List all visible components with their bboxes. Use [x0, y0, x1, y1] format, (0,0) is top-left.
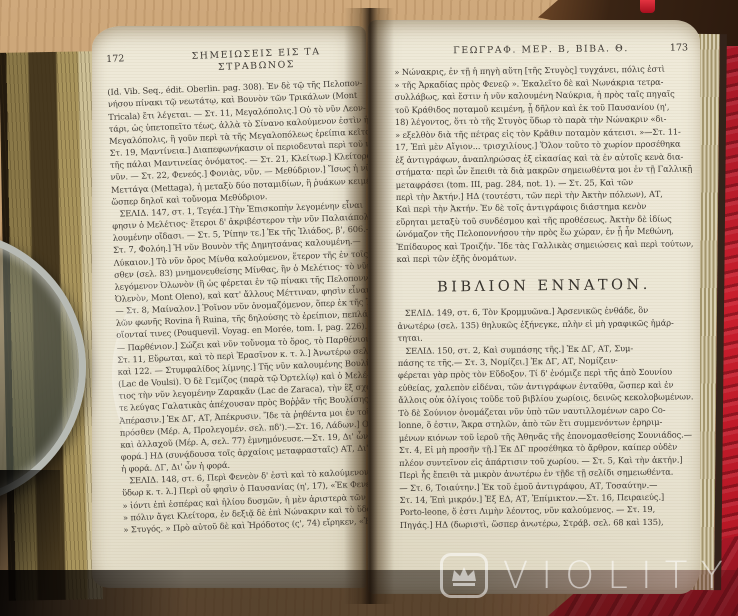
right-running-title: ΓΕΩΓΡΑΦ. ΜΕΡ. Β, ΒΙΒΑ. Θ.: [440, 43, 642, 58]
left-page-header: 172 ΣΗΜΕΙΩΣΕΙΣ ΕΙΣ ΤΑ ΣΤΡΑΒΩΝΟΣ: [106, 45, 361, 79]
magnifier-press-mark: [112, 270, 262, 480]
red-object: [640, 0, 655, 13]
text-line: καὶ περὶ τῶν ἑξῆς ὀνομάτων.: [397, 250, 691, 266]
watermark-brand: VIOLITY: [503, 557, 736, 594]
book-gutter: [344, 8, 394, 604]
book-photo: 172 ΣΗΜΕΙΩΣΕΙΣ ΕΙΣ ΤΑ ΣΤΡΑΒΩΝΟΣ (Id. Vib…: [0, 0, 738, 616]
right-page-body-bottom: ΣΕΛΙΔ. 149, στ. 6, Τὸν Κρομμυῶνα.] Ἀρσεν…: [397, 304, 694, 532]
right-page-number: 173: [642, 42, 688, 55]
header-spacer: [394, 53, 440, 54]
right-page-text: ΓΕΩΓΡΑΦ. ΜΕΡ. Β, ΒΙΒΑ. Θ. 173 » Νώνακρις…: [394, 42, 694, 531]
crown-icon: [440, 553, 488, 598]
watermark: VIOLITY: [440, 553, 736, 598]
section-heading: ΒΙΒΛΙΟΝ ΕΝΝΑΤΟΝ.: [397, 278, 691, 294]
left-page-number: 172: [106, 52, 152, 66]
text-line: Πηγάς.] ΗΔ (δωριστὶ, ὥσπερ ἀνωτέρω, Στρά…: [400, 515, 694, 531]
right-page: ΓΕΩΓΡΑΦ. ΜΕΡ. Β, ΒΙΒΑ. Θ. 173 » Νώνακρις…: [368, 20, 700, 594]
left-running-title: ΣΗΜΕΙΩΣΕΙΣ ΕΙΣ ΤΑ ΣΤΡΑΒΩΝΟΣ: [152, 45, 361, 77]
right-page-header: ΓΕΩΓΡΑΦ. ΜΕΡ. Β, ΒΙΒΑ. Θ. 173: [394, 42, 688, 58]
right-page-body-top: » Νώνακρις, ἐν τῇ ἡ πηγὴ αὕτη [τῆς Στυγὸ…: [394, 63, 690, 266]
